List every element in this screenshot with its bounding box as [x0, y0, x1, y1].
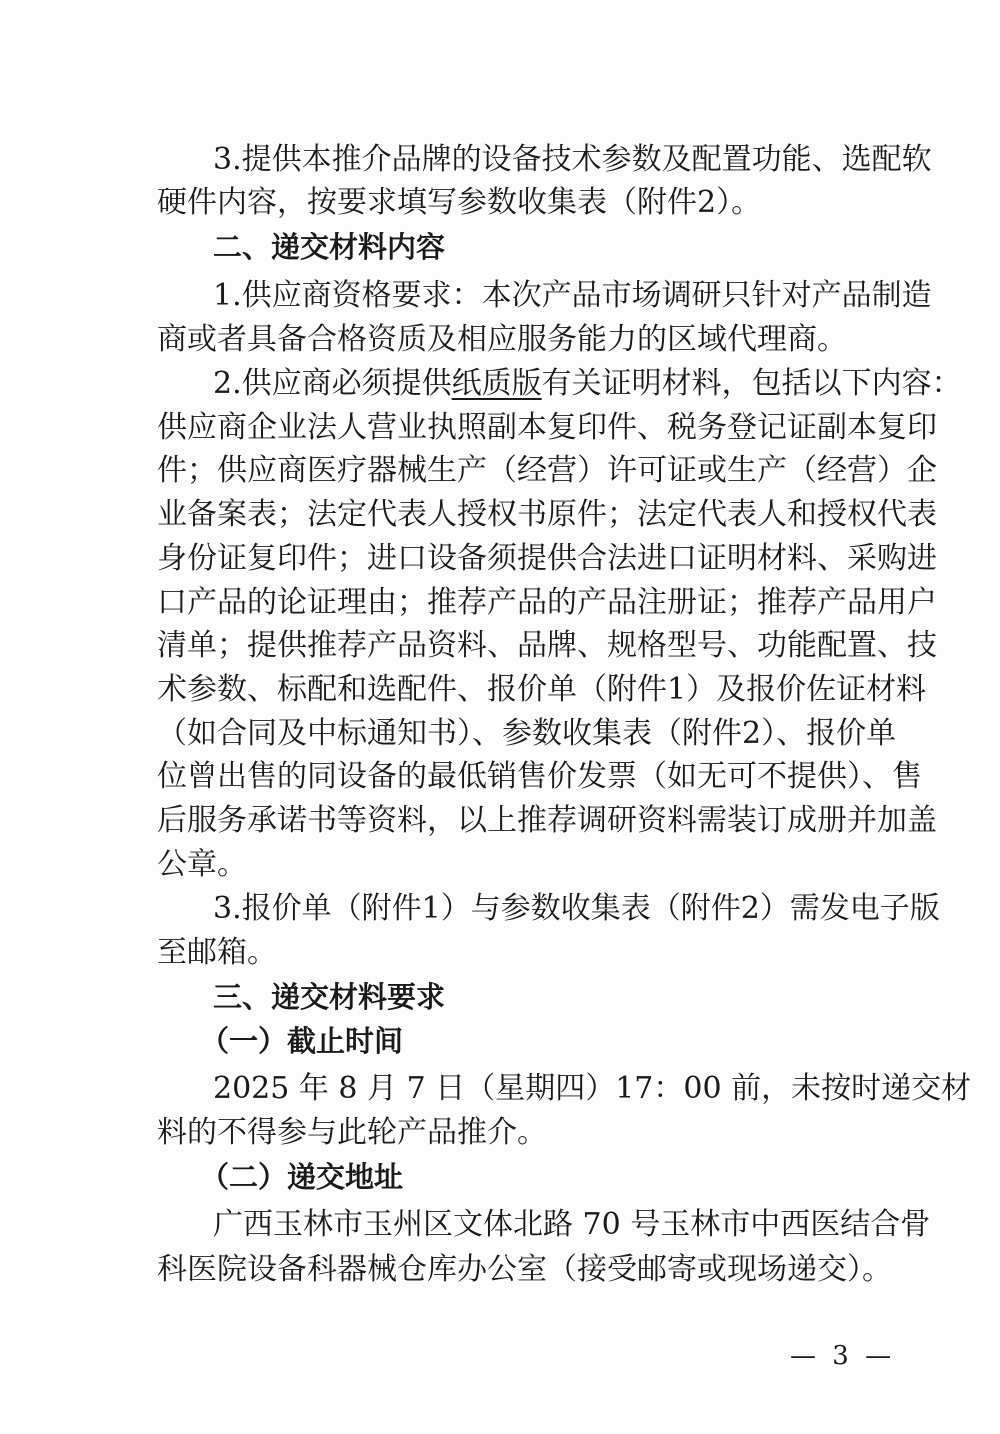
text-span: 2.供应商必须提供 [213, 366, 452, 401]
text-span: 有关证明材料，包括以下内容： [542, 366, 962, 401]
underlined-text: 纸质版 [452, 366, 542, 401]
paragraph-line: 件；供应商医疗器械生产（经营）许可证或生产（经营）企 [157, 449, 857, 493]
paragraph-line: （如合同及中标通知书）、参数收集表（附件2）、报价单 [157, 712, 857, 756]
paragraph-line: 公章。 [157, 843, 857, 887]
paragraph-line: 1.供应商资格要求：本次产品市场调研只针对产品制造 [213, 274, 857, 318]
section-heading: 二、递交材料内容 [213, 225, 857, 269]
paragraph-line: 2.供应商必须提供纸质版有关证明材料，包括以下内容： [213, 362, 857, 406]
paragraph-line: 商或者具备合格资质及相应服务能力的区域代理商。 [157, 318, 857, 362]
paragraph-line: 3.报价单（附件1）与参数收集表（附件2）需发电子版 [213, 887, 857, 931]
paragraph-line: 术参数、标配和选配件、报价单（附件1）及报价佐证材料 [157, 668, 857, 712]
section-heading: 三、递交材料要求 [213, 975, 857, 1019]
page-number: — 3 — [790, 1341, 895, 1371]
paragraph-line: 至邮箱。 [157, 931, 857, 975]
paragraph-line: 清单；提供推荐产品资料、品牌、规格型号、功能配置、技 [157, 624, 857, 668]
paragraph-line: 硬件内容，按要求填写参数收集表（附件2）。 [157, 181, 857, 225]
paragraph-line: 2025 年 8 月 7 日（星期四）17：00 前，未按时递交材 [213, 1067, 857, 1111]
paragraph-line: 口产品的论证理由；推荐产品的产品注册证；推荐产品用户 [157, 581, 857, 625]
paragraph-line: 科医院设备科器械仓库办公室（接受邮寄或现场递交）。 [157, 1248, 857, 1292]
paragraph-line: 广西玉林市玉州区文体北路 70 号玉林市中西医结合骨 [213, 1203, 857, 1247]
paragraph-line: 供应商企业法人营业执照副本复印件、税务登记证副本复印 [157, 406, 857, 450]
paragraph-line: 位曾出售的同设备的最低销售价发票（如无可不提供）、售 [157, 755, 857, 799]
paragraph-line: 身份证复印件；进口设备须提供合法进口证明材料、采购进 [157, 537, 857, 581]
document-page: 3.提供本推介品牌的设备技术参数及配置功能、选配软 硬件内容，按要求填写参数收集… [0, 0, 1000, 1434]
paragraph-line: 业备案表；法定代表人授权书原件；法定代表人和授权代表 [157, 493, 857, 537]
sub-heading: （一）截止时间 [200, 1019, 900, 1063]
sub-heading: （二）递交地址 [200, 1155, 900, 1199]
paragraph-line: 料的不得参与此轮产品推介。 [157, 1111, 857, 1155]
paragraph-line: 后服务承诺书等资料，以上推荐调研资料需装订成册并加盖 [157, 799, 857, 843]
paragraph-line: 3.提供本推介品牌的设备技术参数及配置功能、选配软 [213, 138, 857, 182]
